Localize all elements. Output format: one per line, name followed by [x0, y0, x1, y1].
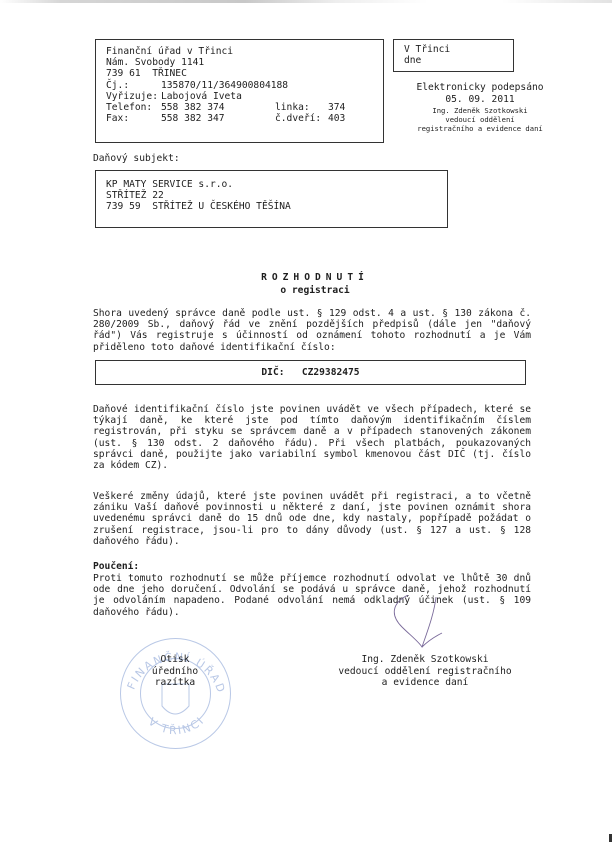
door-label: č.dveří: [275, 113, 328, 124]
signed-role2: registračního a evidence daní [393, 124, 567, 133]
fax-label: Fax: [106, 113, 161, 124]
door-value: 403 [328, 113, 345, 124]
ext-label: linka: [275, 102, 328, 113]
subject-name: KP MATY SERVICE s.r.o. [106, 179, 437, 190]
office-address-box: Finanční úřad v Třinci Nám. Svobody 1141… [95, 39, 384, 143]
signed-role1: vedoucí oddělení [393, 115, 567, 124]
svg-text:V TŘINCI: V TŘINCI [146, 714, 208, 738]
dic-box: DIČ: CZ29382475 [95, 360, 526, 385]
signed-name: Ing. Zdeněk Szotkowski [393, 106, 567, 115]
subject-address-box: KP MATY SERVICE s.r.o. STŘÍTEŽ 22 739 59… [95, 170, 448, 228]
date-box: V Třinci dne [393, 39, 514, 72]
stamp-line1: Otisk [146, 654, 204, 666]
instruction-label: Poučení: [93, 561, 139, 572]
handler-label: Vyřizuje: [106, 91, 161, 102]
signer-role2: a evidence daní [300, 677, 550, 689]
date-place: V Třinci [404, 44, 503, 55]
stamp-line3: razítka [146, 677, 204, 689]
changes-paragraph: Veškeré změny údajů, které jste povinen … [93, 491, 531, 547]
signed-date: 05. 09. 2011 [393, 94, 567, 106]
phone-value: 558 382 374 [161, 102, 275, 113]
decision-subtitle: o registraci [85, 285, 545, 296]
stamp-placeholder-text: Otisk úředního razítka [146, 654, 204, 689]
fax-value: 558 382 347 [161, 113, 275, 124]
dic-usage-paragraph: Daňové identifikační číslo jste povinen … [93, 404, 531, 471]
handwritten-signature-icon [390, 595, 450, 650]
ref-value: 135870/11/364900804188 [161, 80, 288, 91]
intro-paragraph: Shora uvedený správce daně podle ust. § … [93, 308, 531, 353]
signed-status: Elektronicky podepsáno [393, 82, 567, 94]
office-city: 739 61 TŘINEC [106, 68, 187, 79]
ext-value: 374 [328, 102, 345, 113]
signer-block: Ing. Zdeněk Szotkowski vedoucí oddělení … [300, 654, 550, 689]
office-name: Finanční úřad v Třinci [106, 46, 233, 57]
office-street: Nám. Svobody 1141 [106, 57, 204, 68]
scan-edge [0, 0, 612, 3]
dic-value: CZ29382475 [302, 367, 360, 378]
ref-label: Čj.: [106, 80, 161, 91]
signer-name: Ing. Zdeněk Szotkowski [300, 654, 550, 666]
subject-street: STŘÍTEŽ 22 [106, 190, 437, 201]
decision-title: ROZHODNUTÍ [85, 272, 545, 283]
instruction-paragraph: Proti tomuto rozhodnutí se může příjemce… [93, 573, 531, 618]
signer-role1: vedoucí oddělení registračního [300, 666, 550, 678]
date-label: dne [404, 55, 503, 66]
stamp-line2: úředního [146, 666, 204, 678]
electronic-signature-block: Elektronicky podepsáno 05. 09. 2011 Ing.… [393, 82, 567, 133]
handler-value: Labojová Iveta [161, 91, 242, 102]
phone-label: Telefon: [106, 102, 161, 113]
subject-label: Daňový subjekt: [93, 153, 180, 164]
subject-city: 739 59 STŘÍTEŽ U ČESKÉHO TĚŠÍNA [106, 201, 437, 212]
dic-label: DIČ: [261, 367, 284, 378]
